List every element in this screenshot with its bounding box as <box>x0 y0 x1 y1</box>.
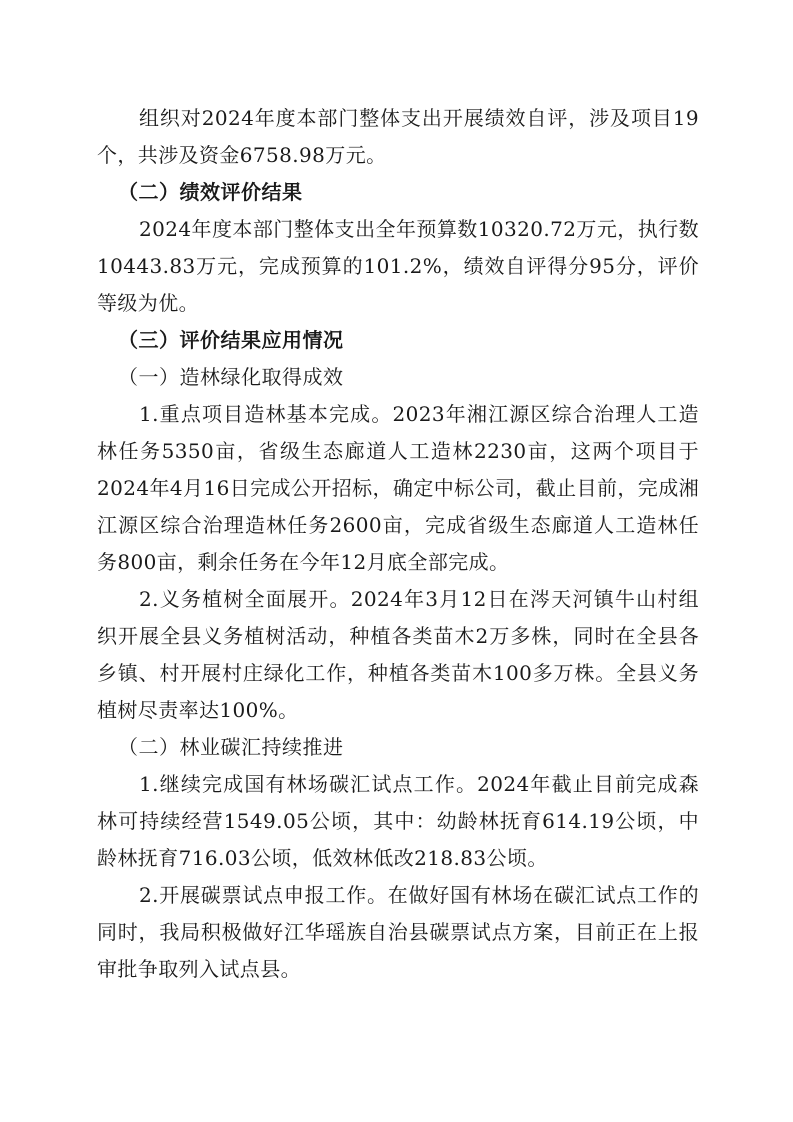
section-heading-performance-result: （二）绩效评价结果 <box>97 174 699 211</box>
carbon-sink-item-2: 2.开展碳票试点申报工作。在做好国有林场在碳汇试点工作的同时，我局积极做好江华瑶… <box>97 877 699 988</box>
subsection-heading-afforestation: （一）造林绿化取得成效 <box>97 359 699 396</box>
intro-paragraph: 组织对2024年度本部门整体支出开展绩效自评，涉及项目19个，共涉及资金6758… <box>97 100 699 174</box>
afforestation-item-2: 2.义务植树全面展开。2024年3月12日在涔天河镇牛山村组织开展全县义务植树活… <box>97 581 699 729</box>
carbon-sink-item-1: 1.继续完成国有林场碳汇试点工作。2024年截止目前完成森林可持续经营1549.… <box>97 766 699 877</box>
section-heading-result-application: （三）评价结果应用情况 <box>97 322 699 359</box>
afforestation-item-1: 1.重点项目造林基本完成。2023年湘江源区综合治理人工造林任务5350亩，省级… <box>97 396 699 581</box>
subsection-heading-carbon-sink: （二）林业碳汇持续推进 <box>97 729 699 766</box>
performance-result-paragraph: 2024年度本部门整体支出全年预算数10320.72万元，执行数10443.83… <box>97 211 699 322</box>
document-page: 组织对2024年度本部门整体支出开展绩效自评，涉及项目19个，共涉及资金6758… <box>97 100 699 988</box>
